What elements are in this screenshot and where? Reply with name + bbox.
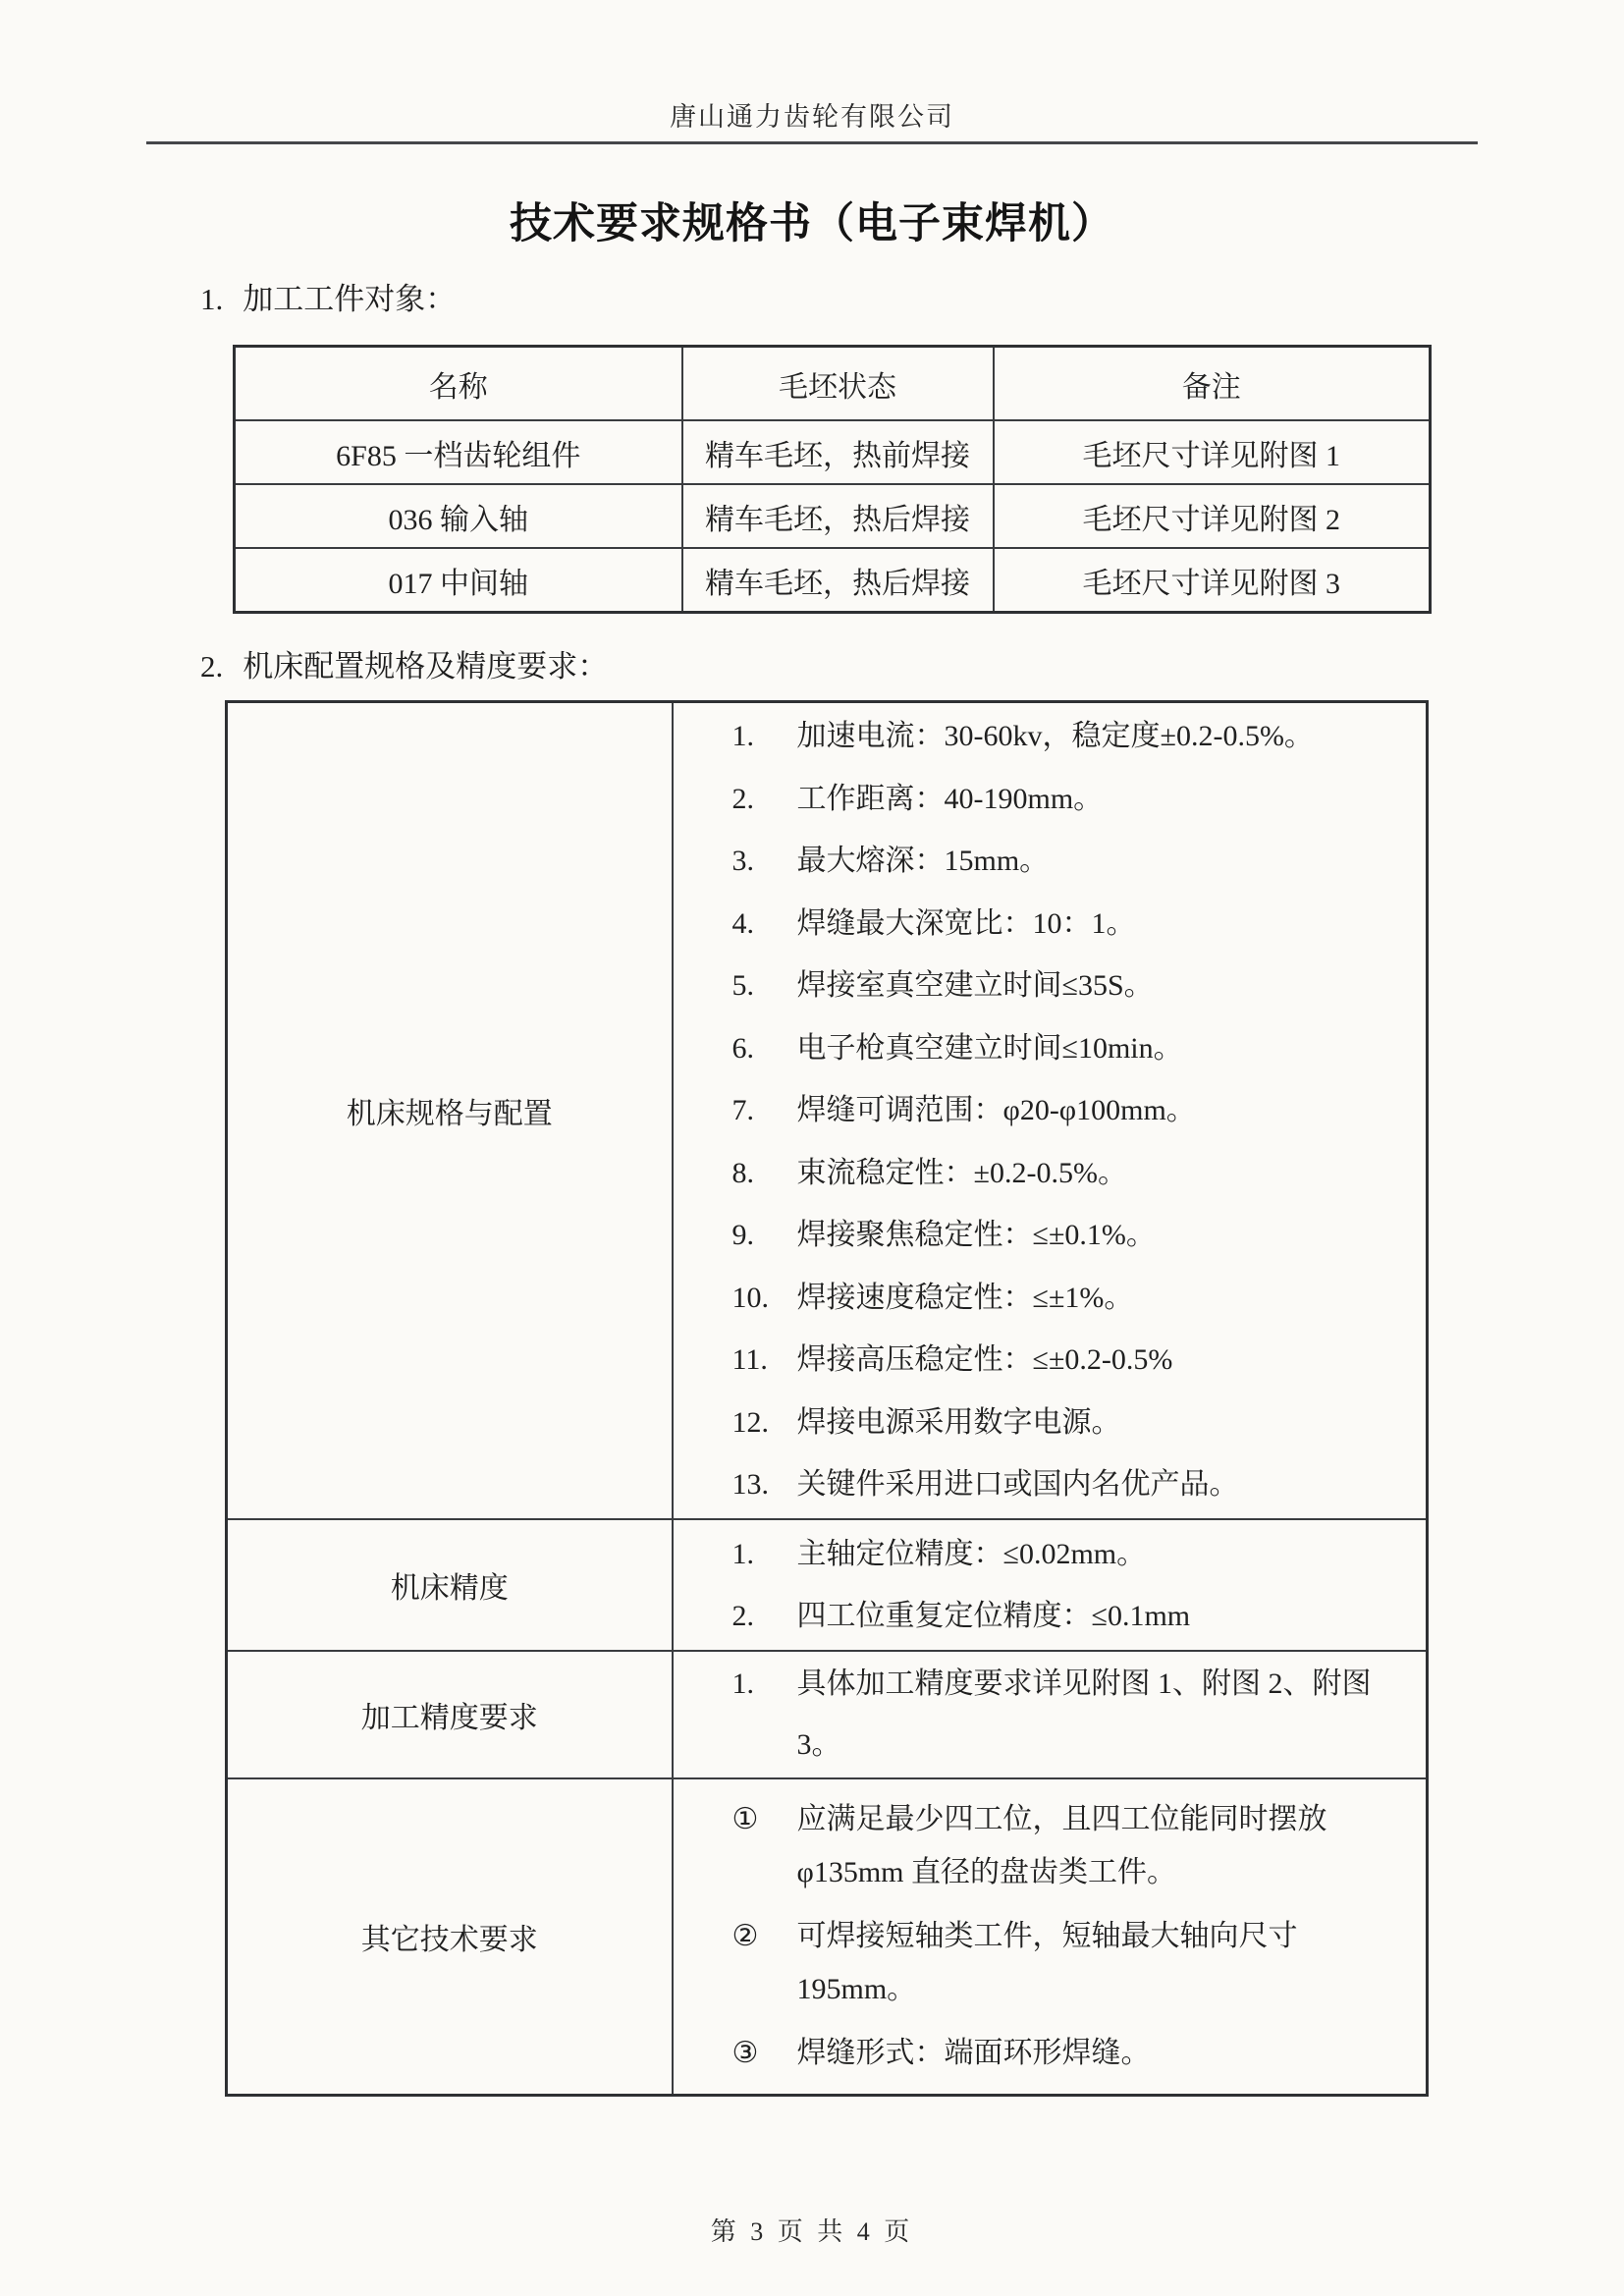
workpiece-table-header-row: 名称毛坯状态备注 (235, 347, 1431, 421)
spec-row: 机床规格与配置1.加速电流：30-60kv，稳定度±0.2-0.5%。2.工作距… (227, 702, 1428, 1519)
spec-item-text: 焊缝可调范围：φ20-φ100mm。 (797, 1079, 1403, 1142)
spec-row: 加工精度要求1.具体加工精度要求详见附图 1、附图 2、附图 3。 (227, 1651, 1428, 1778)
spec-item: 1.主轴定位精度：≤0.02mm。 (732, 1523, 1403, 1585)
spec-item-text: 焊接聚焦稳定性：≤±0.1%。 (797, 1204, 1403, 1267)
spec-item-number: 8. (732, 1142, 797, 1205)
spec-item-number: 1. (732, 1654, 797, 1715)
spec-item-number: 1. (732, 1523, 797, 1585)
table-cell: 精车毛坯，热前焊接 (682, 420, 994, 484)
table-cell: 毛坯尺寸详见附图 1 (994, 420, 1431, 484)
table-row: 017 中间轴精车毛坯，热后焊接毛坯尺寸详见附图 3 (235, 548, 1431, 613)
spec-row-items: 1.加速电流：30-60kv，稳定度±0.2-0.5%。2.工作距离：40-19… (673, 702, 1428, 1519)
section-2-heading: 2.机床配置规格及精度要求： (200, 647, 1624, 686)
table-cell: 毛坯尺寸详见附图 2 (994, 484, 1431, 548)
page-title: 技术要求规格书（电子束焊机） (0, 199, 1624, 250)
spec-item-number: ② (732, 1910, 797, 1963)
table-cell: 毛坯尺寸详见附图 3 (994, 548, 1431, 613)
spec-item-text: 主轴定位精度：≤0.02mm。 (797, 1523, 1403, 1585)
column-header: 毛坯状态 (682, 347, 994, 421)
spec-item-text: 电子枪真空建立时间≤10min。 (797, 1017, 1403, 1080)
spec-item: ③焊缝形式：端面环形焊缝。 (732, 2027, 1403, 2080)
header-rule (146, 141, 1478, 144)
spec-item: 4.焊缝最大深宽比：10：1。 (732, 893, 1403, 956)
section-2-number: 2. (200, 647, 223, 686)
spec-item-number: 3. (732, 830, 797, 893)
spec-item-text: 焊接室真空建立时间≤35S。 (797, 955, 1403, 1017)
spec-item-number: 2. (732, 1585, 797, 1647)
table-cell: 精车毛坯，热后焊接 (682, 484, 994, 548)
section-1-title: 加工工件对象： (243, 282, 456, 316)
spec-item: 12.焊接电源采用数字电源。 (732, 1392, 1403, 1454)
column-header: 备注 (994, 347, 1431, 421)
spec-item: 13.关键件采用进口或国内名优产品。 (732, 1453, 1403, 1516)
spec-item-text: 焊缝形式：端面环形焊缝。 (797, 2027, 1403, 2080)
spec-item-number: 6. (732, 1017, 797, 1080)
table-cell: 精车毛坯，热后焊接 (682, 548, 994, 613)
spec-item: ①应满足最少四工位，且四工位能同时摆放 φ135mm 直径的盘齿类工件。 (732, 1793, 1403, 1899)
spec-item-text: 应满足最少四工位，且四工位能同时摆放 φ135mm 直径的盘齿类工件。 (797, 1793, 1403, 1899)
spec-item: 10.焊接速度稳定性：≤±1%。 (732, 1267, 1403, 1330)
spec-item: 6.电子枪真空建立时间≤10min。 (732, 1017, 1403, 1080)
spec-item-number: 10. (732, 1267, 797, 1330)
spec-item-text: 束流稳定性：±0.2-0.5%。 (797, 1142, 1403, 1205)
spec-item-text: 焊接电源采用数字电源。 (797, 1392, 1403, 1454)
spec-item-text: 工作距离：40-190mm。 (797, 768, 1403, 831)
section-1-heading: 1.加工工件对象： (200, 280, 1624, 319)
spec-item: 7.焊缝可调范围：φ20-φ100mm。 (732, 1079, 1403, 1142)
spec-item-number: 11. (732, 1329, 797, 1392)
spec-item-number: 2. (732, 768, 797, 831)
spec-item-number: ③ (732, 2027, 797, 2080)
spec-item: 2.四工位重复定位精度：≤0.1mm (732, 1585, 1403, 1647)
spec-item-number: 5. (732, 955, 797, 1017)
spec-item-text: 焊接高压稳定性：≤±0.2-0.5% (797, 1329, 1403, 1392)
spec-item-text: 四工位重复定位精度：≤0.1mm (797, 1585, 1403, 1647)
spec-item-text: 焊缝最大深宽比：10：1。 (797, 893, 1403, 956)
table-row: 6F85 一档齿轮组件精车毛坯，热前焊接毛坯尺寸详见附图 1 (235, 420, 1431, 484)
spec-item-number: 9. (732, 1204, 797, 1267)
spec-row-label: 机床精度 (227, 1519, 673, 1651)
table-cell: 017 中间轴 (235, 548, 682, 613)
spec-item-text: 可焊接短轴类工件，短轴最大轴向尺寸 195mm。 (797, 1910, 1403, 2016)
spec-item-number: 1. (732, 705, 797, 768)
spec-item: 3.最大熔深：15mm。 (732, 830, 1403, 893)
spec-item: 1.具体加工精度要求详见附图 1、附图 2、附图 3。 (732, 1654, 1403, 1776)
workpiece-table: 名称毛坯状态备注 6F85 一档齿轮组件精车毛坯，热前焊接毛坯尺寸详见附图 10… (233, 345, 1432, 614)
spec-item: 9.焊接聚焦稳定性：≤±0.1%。 (732, 1204, 1403, 1267)
spec-row-label: 机床规格与配置 (227, 702, 673, 1519)
spec-item-text: 最大熔深：15mm。 (797, 830, 1403, 893)
spec-item-text: 具体加工精度要求详见附图 1、附图 2、附图 3。 (797, 1654, 1403, 1776)
spec-item-number: 4. (732, 893, 797, 956)
spec-row-items: 1.具体加工精度要求详见附图 1、附图 2、附图 3。 (673, 1651, 1428, 1778)
spec-item: 11.焊接高压稳定性：≤±0.2-0.5% (732, 1329, 1403, 1392)
spec-row-label: 加工精度要求 (227, 1651, 673, 1778)
spec-item: 1.加速电流：30-60kv，稳定度±0.2-0.5%。 (732, 705, 1403, 768)
table-cell: 6F85 一档齿轮组件 (235, 420, 682, 484)
spec-item-text: 关键件采用进口或国内名优产品。 (797, 1453, 1403, 1516)
spec-item-number: ① (732, 1793, 797, 1846)
spec-item-text: 焊接速度稳定性：≤±1%。 (797, 1267, 1403, 1330)
spec-item: 5.焊接室真空建立时间≤35S。 (732, 955, 1403, 1017)
page-number: 第 3 页 共 4 页 (0, 2212, 1624, 2248)
spec-item: 8.束流稳定性：±0.2-0.5%。 (732, 1142, 1403, 1205)
table-row: 036 输入轴精车毛坯，热后焊接毛坯尺寸详见附图 2 (235, 484, 1431, 548)
spec-row-items: ①应满足最少四工位，且四工位能同时摆放 φ135mm 直径的盘齿类工件。②可焊接… (673, 1778, 1428, 2096)
table-cell: 036 输入轴 (235, 484, 682, 548)
spec-row: 机床精度1.主轴定位精度：≤0.02mm。2.四工位重复定位精度：≤0.1mm (227, 1519, 1428, 1651)
spec-row: 其它技术要求①应满足最少四工位，且四工位能同时摆放 φ135mm 直径的盘齿类工… (227, 1778, 1428, 2096)
spec-table: 机床规格与配置1.加速电流：30-60kv，稳定度±0.2-0.5%。2.工作距… (225, 700, 1429, 2097)
company-name: 唐山通力齿轮有限公司 (0, 100, 1624, 134)
section-1-number: 1. (200, 280, 223, 319)
spec-row-items: 1.主轴定位精度：≤0.02mm。2.四工位重复定位精度：≤0.1mm (673, 1519, 1428, 1651)
section-2-title: 机床配置规格及精度要求： (243, 649, 608, 683)
spec-item-number: 7. (732, 1079, 797, 1142)
spec-item: 2.工作距离：40-190mm。 (732, 768, 1403, 831)
spec-item-text: 加速电流：30-60kv，稳定度±0.2-0.5%。 (797, 705, 1403, 768)
spec-item-number: 13. (732, 1453, 797, 1516)
document-page: 唐山通力齿轮有限公司 技术要求规格书（电子束焊机） 1.加工工件对象： 名称毛坯… (0, 0, 1624, 2296)
spec-row-label: 其它技术要求 (227, 1778, 673, 2096)
column-header: 名称 (235, 347, 682, 421)
spec-item: ②可焊接短轴类工件，短轴最大轴向尺寸 195mm。 (732, 1910, 1403, 2016)
spec-item-number: 12. (732, 1392, 797, 1454)
